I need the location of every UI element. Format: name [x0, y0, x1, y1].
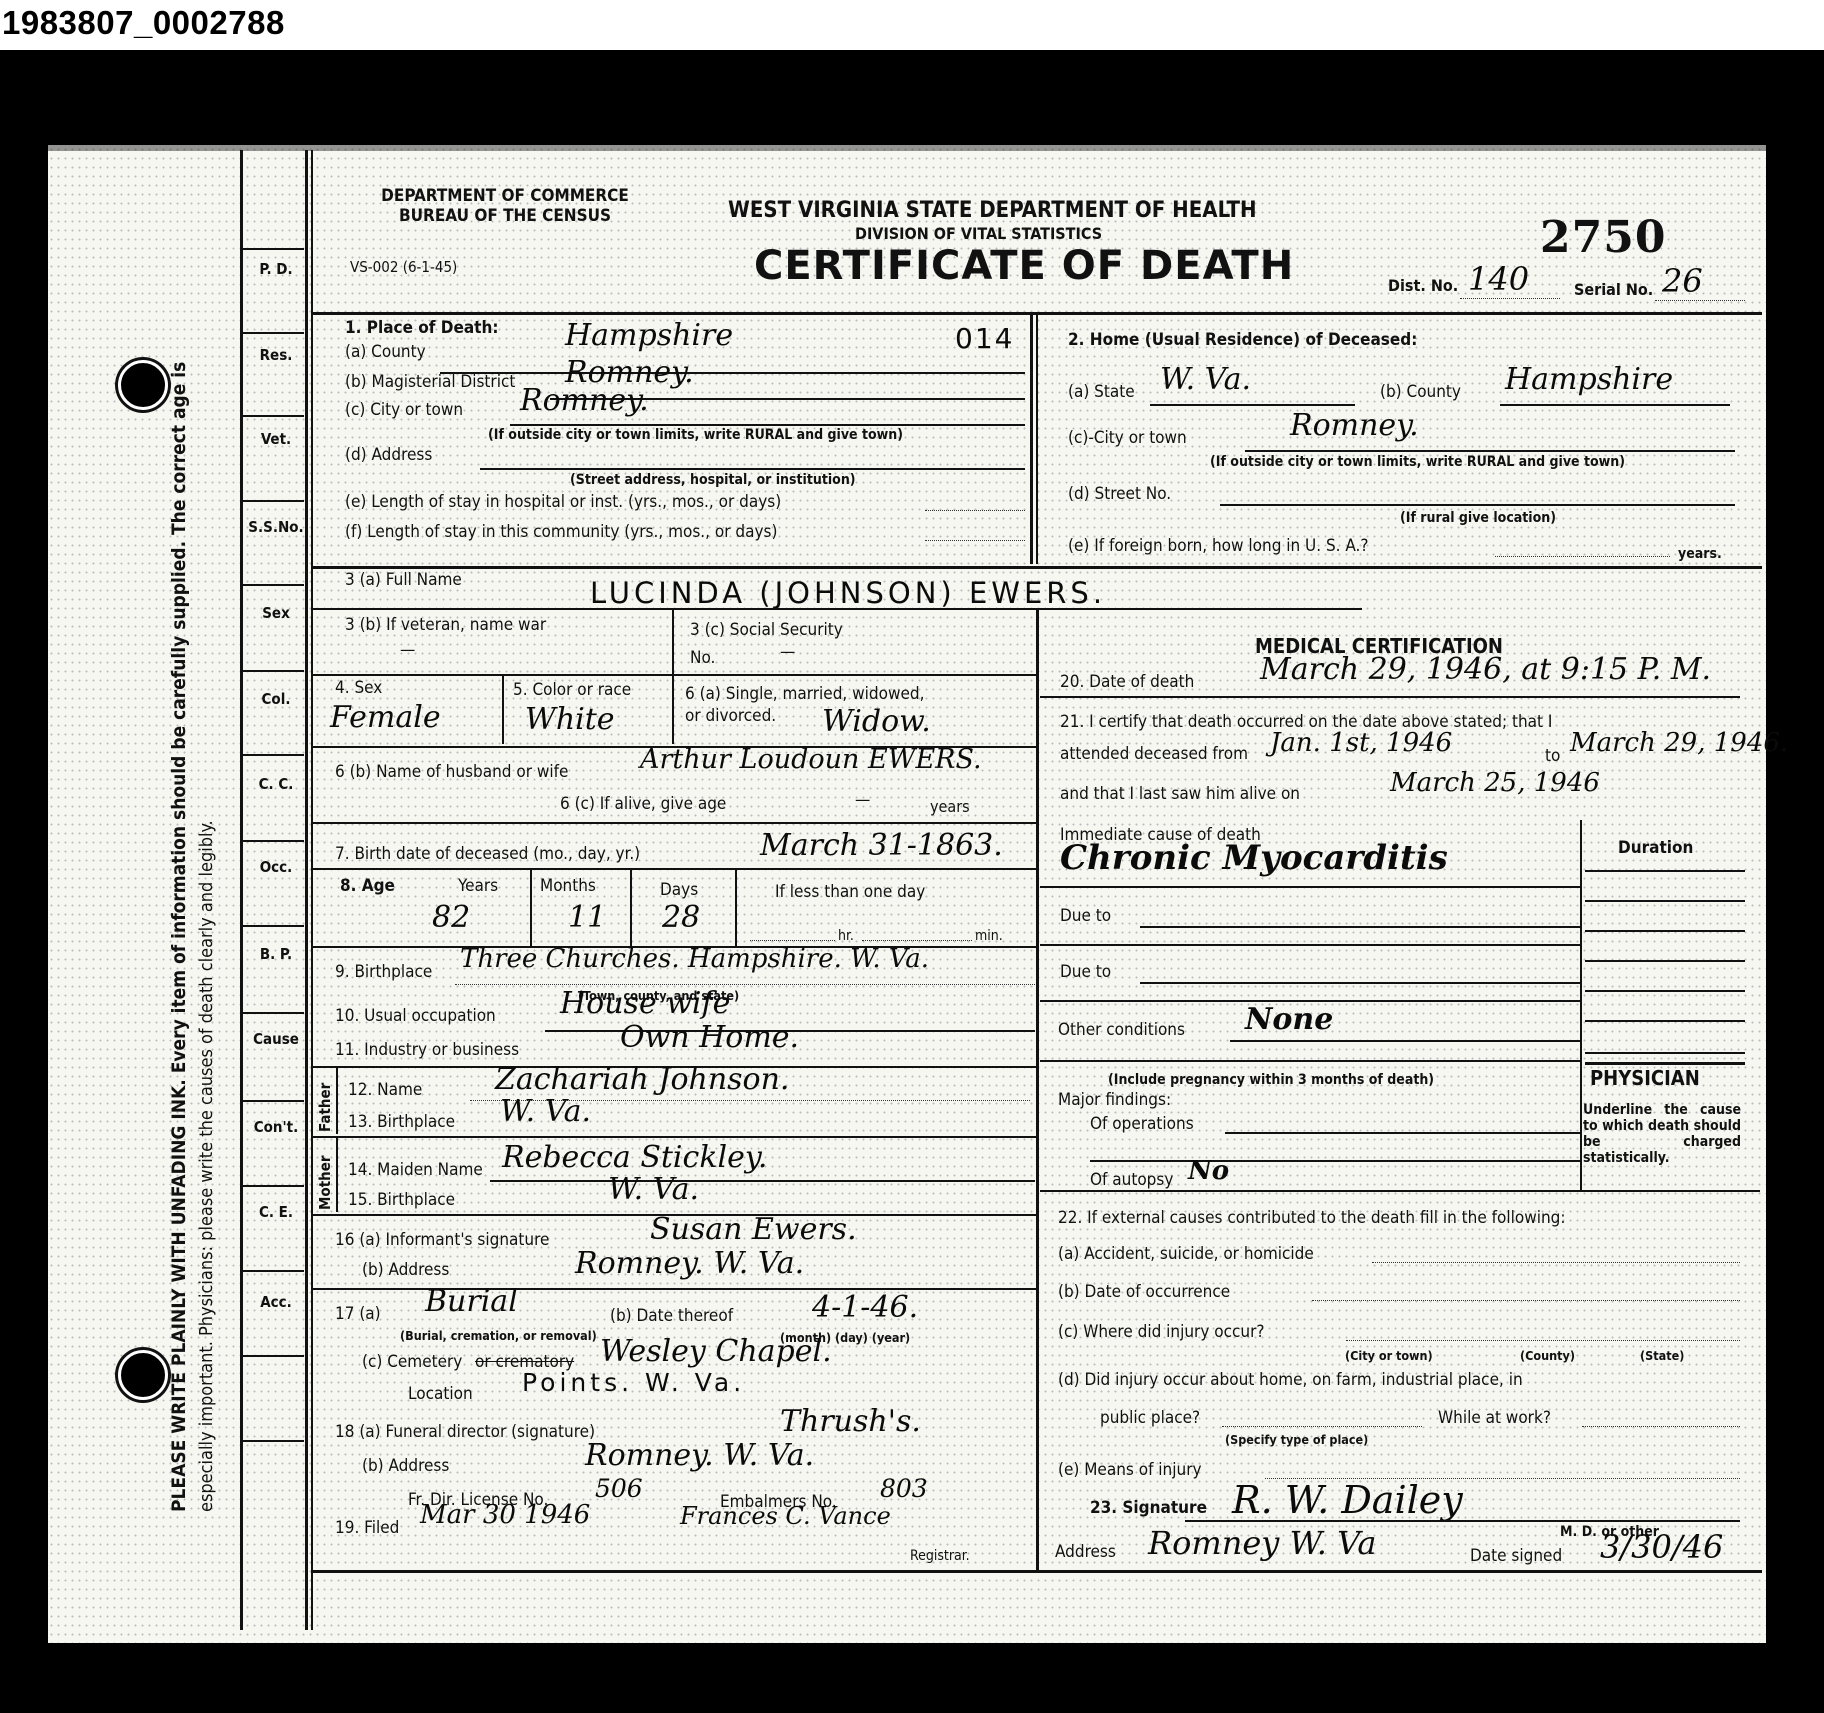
attended-from-value[interactable]: Jan. 1st, 1946 [1270, 728, 1452, 758]
autopsy-label: Of autopsy [1090, 1170, 1173, 1190]
spouse-value[interactable]: Arthur Loudoun EWERS. [640, 744, 982, 775]
age-days-label: Days [660, 880, 698, 900]
date-of-death-label: 20. Date of death [1060, 672, 1194, 692]
means-label: (e) Means of injury [1058, 1460, 1202, 1480]
code-occ: Occ. [247, 858, 305, 876]
code-divider [242, 670, 304, 672]
father-name-label: 12. Name [348, 1080, 422, 1100]
physician-signature-value[interactable]: R. W. Dailey [1232, 1478, 1463, 1522]
division-name: DIVISION OF VITAL STATISTICS [855, 224, 1102, 243]
death-county-line [440, 372, 1025, 374]
hr-label: hr. [838, 928, 854, 944]
code-divider [242, 1100, 304, 1102]
stay-hospital-line [925, 510, 1025, 511]
home-street-note: (If rural give location) [1400, 510, 1556, 526]
funeral-director-value[interactable]: Thrush's. [780, 1404, 921, 1439]
spouse-label: 6 (b) Name of husband or wife [335, 762, 568, 782]
father-tag-border [336, 1066, 338, 1134]
physician-signature-line [1185, 1520, 1740, 1522]
marital-value[interactable]: Widow. [822, 704, 931, 739]
mother-maiden-line [490, 1180, 1035, 1182]
hr-line [750, 940, 835, 941]
duration-label: Duration [1618, 838, 1693, 858]
form-number: VS-002 (6-1-45) [350, 258, 457, 276]
mother-top [312, 1136, 1037, 1138]
mother-tag: Mother [316, 1155, 334, 1210]
industry-label: 11. Industry or business [335, 1040, 519, 1060]
margin-instruction-line1: PLEASE WRITE PLAINLY WITH UNFADING INK. … [168, 362, 190, 1512]
home-state-line [1150, 404, 1355, 406]
veteran-label: 3 (b) If veteran, name war [345, 615, 546, 635]
age-months-value[interactable]: 11 [568, 900, 606, 935]
stay-community-label: (f) Length of stay in this community (yr… [345, 522, 777, 542]
physician-address-label: Address [1055, 1542, 1116, 1562]
physician-note: Underline the cause to which death shoul… [1583, 1102, 1741, 1166]
physician-box-top [1585, 1062, 1745, 1065]
due-to-line-1 [1140, 926, 1580, 928]
code-bp: B. P. [247, 945, 305, 963]
where-note-county: (County) [1520, 1348, 1575, 1363]
mother-birthplace-label: 15. Birthplace [348, 1190, 455, 1210]
home-heading: 2. Home (Usual Residence) of Deceased: [1068, 330, 1417, 350]
sex-label: 4. Sex [335, 678, 382, 698]
form-bottom-border [312, 1570, 1762, 1573]
row-4-top [312, 674, 1037, 676]
birthplace-line [455, 984, 1035, 985]
registrar-label: Registrar. [910, 1548, 970, 1564]
other-conditions-line [1230, 1040, 1580, 1042]
license-value[interactable]: 506 [595, 1474, 643, 1503]
federal-agency: DEPARTMENT OF COMMERCE BUREAU OF THE CEN… [365, 186, 645, 226]
due-to-line-2 [1140, 982, 1580, 984]
major-findings-label: Major findings: [1058, 1090, 1171, 1110]
code-pd: P. D. [247, 260, 305, 278]
date-signed-value[interactable]: 3/30/46 [1600, 1528, 1723, 1566]
physician-heading: PHYSICIAN [1590, 1066, 1700, 1090]
certificate-title: CERTIFICATE OF DEATH [754, 243, 1294, 289]
document-id-strip: 1983807_0002788 [0, 0, 1824, 50]
veteran-value[interactable]: — [400, 640, 415, 660]
state-agency: WEST VIRGINIA STATE DEPARTMENT OF HEALTH [728, 198, 1257, 223]
code-ce: C. E. [247, 1203, 305, 1221]
cemetery-value[interactable]: Wesley Chapel. [600, 1334, 832, 1369]
date-of-death-value[interactable]: March 29, 1946, at 9:15 P. M. [1260, 652, 1711, 687]
home-city-label: (c)-City or town [1068, 428, 1187, 448]
age-years-label: Years [458, 876, 498, 896]
age-label: 8. Age [340, 876, 395, 896]
death-county-code: 014 [955, 322, 1014, 355]
home-county-line [1500, 404, 1730, 406]
birthplace-label: 9. Birthplace [335, 962, 432, 982]
mother-birthplace-value[interactable]: W. Va. [608, 1172, 699, 1207]
death-district-label: (b) Magisterial District [345, 372, 515, 392]
where-label: (c) Where did injury occur? [1058, 1322, 1265, 1342]
code-column-right-border [305, 150, 308, 1630]
age-years-value[interactable]: 82 [432, 900, 470, 935]
mother-maiden-label: 14. Maiden Name [348, 1160, 483, 1180]
public-place-line [1222, 1426, 1422, 1427]
operations-line-2 [1090, 1160, 1580, 1162]
death-address-label: (d) Address [345, 445, 432, 465]
race-value[interactable]: White [525, 702, 615, 737]
duration-line-6 [1585, 1020, 1745, 1022]
duration-line-2 [1585, 900, 1745, 902]
full-name-label: 3 (a) Full Name [345, 570, 462, 590]
fd-address-value[interactable]: Romney. W. Va. [585, 1438, 814, 1473]
code-col: Col. [247, 690, 305, 708]
autopsy-line [1040, 1190, 1760, 1192]
father-name-value[interactable]: Zachariah Johnson. [495, 1062, 789, 1097]
document-id: 1983807_0002788 [2, 4, 285, 42]
home-foreign-line [1495, 556, 1670, 557]
physician-address-value[interactable]: Romney W. Va [1148, 1524, 1376, 1562]
accident-label: (a) Accident, suicide, or homicide [1058, 1244, 1314, 1264]
informant-signature-value[interactable]: Susan Ewers. [650, 1212, 857, 1247]
disposition-method-note: (Burial, cremation, or removal) [400, 1328, 597, 1343]
death-county-value[interactable]: Hampshire [565, 318, 733, 353]
cause-line-4 [1040, 1060, 1580, 1062]
birth-date-value[interactable]: March 31-1863. [760, 828, 1003, 863]
code-cause: Cause [247, 1030, 305, 1048]
code-res: Res. [247, 346, 305, 364]
attended-to-label: to [1545, 746, 1560, 766]
birthplace-value[interactable]: Three Churches. Hampshire. W. Va. [460, 944, 929, 974]
duration-column-border [1580, 820, 1582, 1190]
cemetery-label: (c) Cemetery [362, 1352, 462, 1372]
code-divider [242, 1355, 304, 1357]
location-label: Location [408, 1384, 473, 1404]
death-county-label: (a) County [345, 342, 426, 362]
code-sex: Sex [247, 604, 305, 622]
veteran-ssn-divider [672, 608, 674, 674]
duration-line-7 [1585, 1052, 1745, 1054]
sex-race-divider [502, 674, 504, 744]
ssn-label-no: No. [690, 648, 715, 668]
registrar-signature[interactable]: Frances C. Vance [680, 1502, 891, 1530]
informant-address-value[interactable]: Romney. W. Va. [575, 1246, 804, 1281]
ssn-value[interactable]: — [780, 642, 795, 662]
date-signed-label: Date signed [1470, 1546, 1562, 1566]
federal-agency-line2: BUREAU OF THE CENSUS [365, 206, 645, 226]
date-of-death-line [1040, 696, 1740, 698]
home-county-value[interactable]: Hampshire [1505, 362, 1673, 397]
duration-line-5 [1585, 990, 1745, 992]
filed-value[interactable]: Mar 30 1946 [420, 1500, 590, 1530]
cause-line-1 [1040, 886, 1580, 888]
mother-maiden-value[interactable]: Rebecca Stickley. [502, 1140, 767, 1175]
accident-line [1372, 1262, 1740, 1263]
home-foreign-label: (e) If foreign born, how long in U. S. A… [1068, 536, 1369, 556]
funeral-director-label: 18 (a) Funeral director (signature) [335, 1422, 595, 1442]
other-conditions-label: Other conditions [1058, 1020, 1185, 1040]
pregnancy-note: (Include pregnancy within 3 months of de… [1108, 1072, 1434, 1088]
section-2-bottom-border [312, 566, 1762, 569]
code-divider [242, 500, 304, 502]
code-divider [242, 754, 304, 756]
home-state-value[interactable]: W. Va. [1160, 362, 1251, 397]
dist-no-value[interactable]: 140 [1468, 260, 1529, 298]
section-divider-1-2 [1030, 314, 1033, 564]
home-city-note: (If outside city or town limits, write R… [1210, 454, 1625, 470]
immediate-cause-value[interactable]: Chronic Myocarditis [1060, 838, 1448, 878]
where-line [1346, 1340, 1740, 1341]
duration-line-3 [1585, 930, 1745, 932]
federal-agency-line1: DEPARTMENT OF COMMERCE [365, 186, 645, 206]
cause-line-2 [1040, 944, 1580, 946]
code-column-right-border-inner [311, 150, 313, 1630]
home-county-label: (b) County [1380, 382, 1461, 402]
fd-address-label: (b) Address [362, 1456, 449, 1476]
public-place-note: (Specify type of place) [1225, 1432, 1368, 1447]
code-divider [242, 1440, 304, 1442]
min-line [862, 940, 972, 941]
days-lessday-divider [735, 870, 737, 946]
code-divider [242, 925, 304, 927]
ssn-label: 3 (c) Social Security [690, 620, 843, 640]
father-birthplace-value[interactable]: W. Va. [500, 1094, 591, 1129]
home-street-label: (d) Street No. [1068, 484, 1171, 504]
section-divider-1-2-inner [1036, 314, 1038, 564]
home-state-label: (a) State [1068, 382, 1135, 402]
code-divider [242, 1012, 304, 1014]
margin-instruction-line2: especially important. Physicians: please… [196, 820, 217, 1512]
duration-line-4 [1585, 960, 1745, 962]
last-saw-label: and that I last saw him alive on [1060, 784, 1300, 804]
disposition-method-value[interactable]: Burial [425, 1284, 518, 1319]
race-marital-divider [672, 674, 674, 744]
operations-line [1225, 1132, 1580, 1134]
code-cc: C. C. [247, 775, 305, 793]
public-place-label: public place? [1100, 1408, 1200, 1428]
sex-value[interactable]: Female [330, 700, 441, 735]
stay-community-line [925, 540, 1025, 541]
attended-label: attended deceased from [1060, 744, 1248, 764]
at-work-label: While at work? [1438, 1408, 1551, 1428]
code-divider [242, 1270, 304, 1272]
stamp-number: 2750 [1540, 212, 1666, 263]
months-days-divider [630, 870, 632, 946]
age-days-value[interactable]: 28 [662, 900, 700, 935]
informant-address-label: (b) Address [362, 1260, 449, 1280]
code-divider [242, 332, 304, 334]
code-divider [242, 584, 304, 586]
min-label: min. [975, 928, 1003, 944]
punch-hole-top [118, 360, 168, 410]
death-city-value[interactable]: Romney. [520, 383, 649, 418]
duration-line-1 [1585, 870, 1745, 872]
code-vet: Vet. [247, 430, 305, 448]
filed-label: 19. Filed [335, 1518, 399, 1538]
last-saw-value[interactable]: March 25, 1946 [1390, 768, 1600, 798]
disposition-method-label: 17 (a) [335, 1304, 381, 1324]
occupation-value[interactable]: House wife [560, 986, 730, 1021]
location-value[interactable]: Points. W. Va. [522, 1368, 745, 1397]
home-city-line [1245, 450, 1735, 452]
marital-label: 6 (a) Single, married, widowed, [685, 684, 924, 704]
other-conditions-value[interactable]: None [1245, 1002, 1333, 1037]
occurrence-date-label: (b) Date of occurrence [1058, 1282, 1230, 1302]
informant-signature-label: 16 (a) Informant's signature [335, 1230, 549, 1250]
home-foreign-suffix: years. [1678, 546, 1722, 562]
race-label: 5. Color or race [513, 680, 631, 700]
attended-to-value[interactable]: March 29, 1946. [1570, 728, 1788, 758]
external-causes-heading: 22. If external causes contributed to th… [1058, 1208, 1566, 1228]
code-acc: Acc. [247, 1293, 305, 1311]
full-name-value[interactable]: LUCINDA (JOHNSON) EWERS. [590, 576, 1106, 610]
where-note-state: (State) [1640, 1348, 1684, 1363]
code-divider [242, 840, 304, 842]
about-label: (d) Did injury occur about home, on farm… [1058, 1370, 1523, 1390]
code-divider [242, 415, 304, 417]
serial-no-value[interactable]: 26 [1662, 262, 1703, 300]
code-column-left-border [240, 150, 243, 1630]
death-city-line [510, 424, 1025, 426]
spouse-age-suffix: years [930, 797, 970, 816]
dist-no-label: Dist. No. [1388, 276, 1458, 295]
operations-label: Of operations [1090, 1114, 1194, 1134]
marital-label-2: or divorced. [685, 706, 776, 726]
father-birthplace-label: 13. Birthplace [348, 1112, 455, 1132]
father-tag: Father [316, 1083, 334, 1132]
death-city-label: (c) City or town [345, 400, 463, 420]
birth-date-label: 7. Birth date of deceased (mo., day, yr.… [335, 844, 640, 864]
years-months-divider [530, 870, 532, 946]
dist-no-line [1460, 298, 1560, 299]
code-cont: Con't. [247, 1118, 305, 1136]
disposition-top [312, 1288, 1037, 1290]
due-to-label-2: Due to [1060, 962, 1111, 982]
serial-no-line [1655, 300, 1745, 301]
code-ssno: S.S.No. [247, 518, 305, 536]
age-months-label: Months [540, 876, 596, 896]
occupation-label: 10. Usual occupation [335, 1006, 496, 1026]
where-note-city: (City or town) [1345, 1348, 1433, 1363]
industry-value[interactable]: Own Home. [620, 1020, 799, 1055]
home-city-value[interactable]: Romney. [1290, 408, 1419, 443]
occurrence-date-line [1312, 1300, 1740, 1301]
row-7-top [312, 822, 1037, 824]
physician-signature-label: 23. Signature [1090, 1498, 1207, 1518]
at-work-line [1582, 1426, 1740, 1427]
spouse-age-label: 6 (c) If alive, give age [560, 794, 726, 814]
disposition-date-label: (b) Date thereof [610, 1306, 733, 1326]
disposition-date-value[interactable]: 4-1-46. [812, 1290, 918, 1325]
punch-hole-bottom [118, 1350, 168, 1400]
spouse-age-value[interactable]: — [855, 790, 870, 810]
mother-tag-border [336, 1136, 338, 1212]
embalmer-value[interactable]: 803 [880, 1474, 928, 1503]
home-street-line [1220, 504, 1735, 506]
serial-no-label: Serial No. [1574, 280, 1653, 299]
row-8-top [312, 868, 1037, 870]
stay-hospital-label: (e) Length of stay in hospital or inst. … [345, 492, 781, 512]
medical-left-border [1036, 610, 1039, 1570]
full-name-line [312, 608, 1362, 610]
due-to-label-1: Due to [1060, 906, 1111, 926]
autopsy-value[interactable]: No [1188, 1156, 1229, 1186]
death-address-line [480, 468, 1025, 470]
age-less-than-day-label: If less than one day [775, 882, 925, 902]
code-divider [242, 248, 304, 250]
death-city-note: (If outside city or town limits, write R… [488, 427, 903, 443]
place-of-death-heading: 1. Place of Death: [345, 318, 499, 338]
code-divider [242, 1185, 304, 1187]
death-address-note: (Street address, hospital, or institutio… [570, 472, 856, 488]
